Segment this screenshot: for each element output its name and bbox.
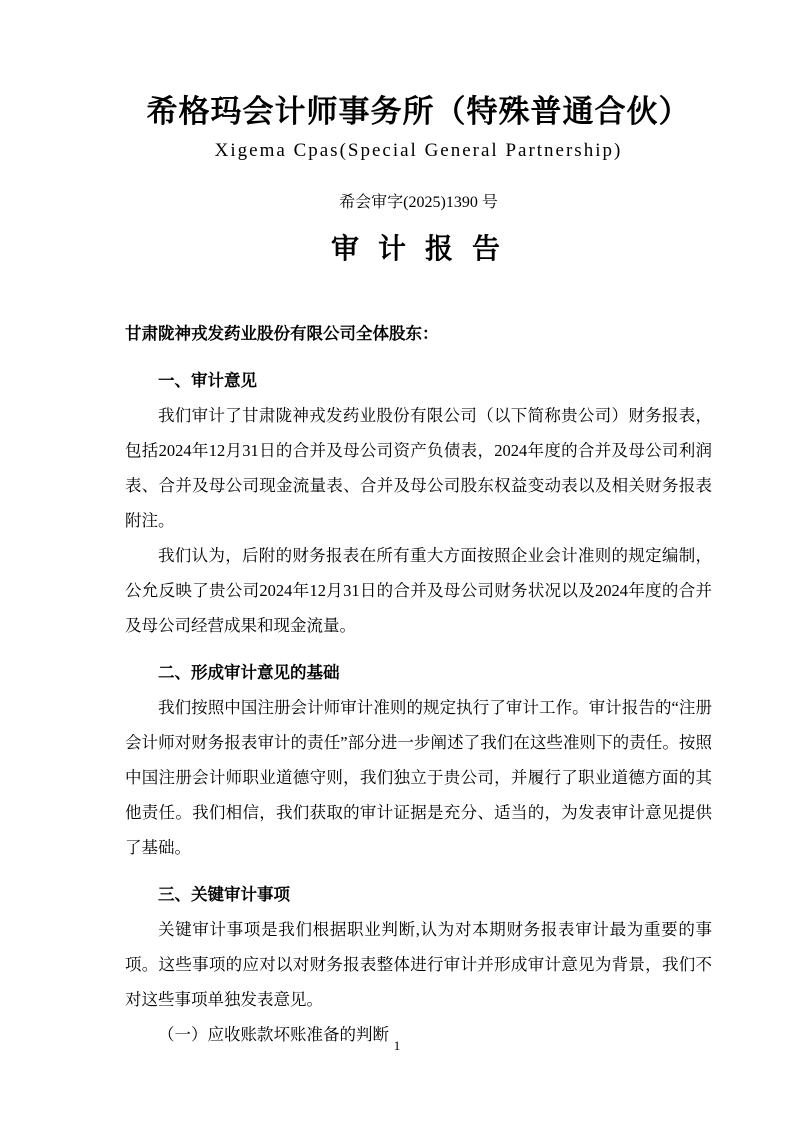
section-2-paragraph-1: 我们按照中国注册会计师审计准则的规定执行了审计工作。审计报告的“注册会计师对财务…	[125, 690, 712, 865]
page-number: 1	[0, 1038, 794, 1054]
report-title: 审 计 报 告	[125, 230, 712, 270]
addressee-line: 甘肃陇神戎发药业股份有限公司全体股东：	[125, 316, 712, 351]
section-3-heading: 三、关键审计事项	[125, 877, 712, 912]
section-1-heading: 一、审计意见	[125, 363, 712, 398]
document-content: 希格玛会计师事务所（特殊普通合伙） Xigema Cpas(Special Ge…	[125, 92, 712, 1052]
section-3-paragraph-1: 关键审计事项是我们根据职业判断,认为对本期财务报表审计最为重要的事项。这些事项的…	[125, 912, 712, 1017]
section-2-heading: 二、形成审计意见的基础	[125, 655, 712, 690]
section-1-paragraph-1: 我们审计了甘肃陇神戎发药业股份有限公司（以下简称贵公司）财务报表，包括2024年…	[125, 398, 712, 538]
firm-name-chinese: 希格玛会计师事务所（特殊普通合伙）	[125, 92, 712, 132]
audit-report-page: 希格玛会计师事务所（特殊普通合伙） Xigema Cpas(Special Ge…	[0, 0, 794, 1122]
section-1-paragraph-2: 我们认为，后附的财务报表在所有重大方面按照企业会计准则的规定编制，公允反映了贵公…	[125, 538, 712, 643]
firm-name-english: Xigema Cpas(Special General Partnership)	[125, 136, 712, 166]
reference-number: 希会审字(2025)1390 号	[125, 192, 712, 214]
